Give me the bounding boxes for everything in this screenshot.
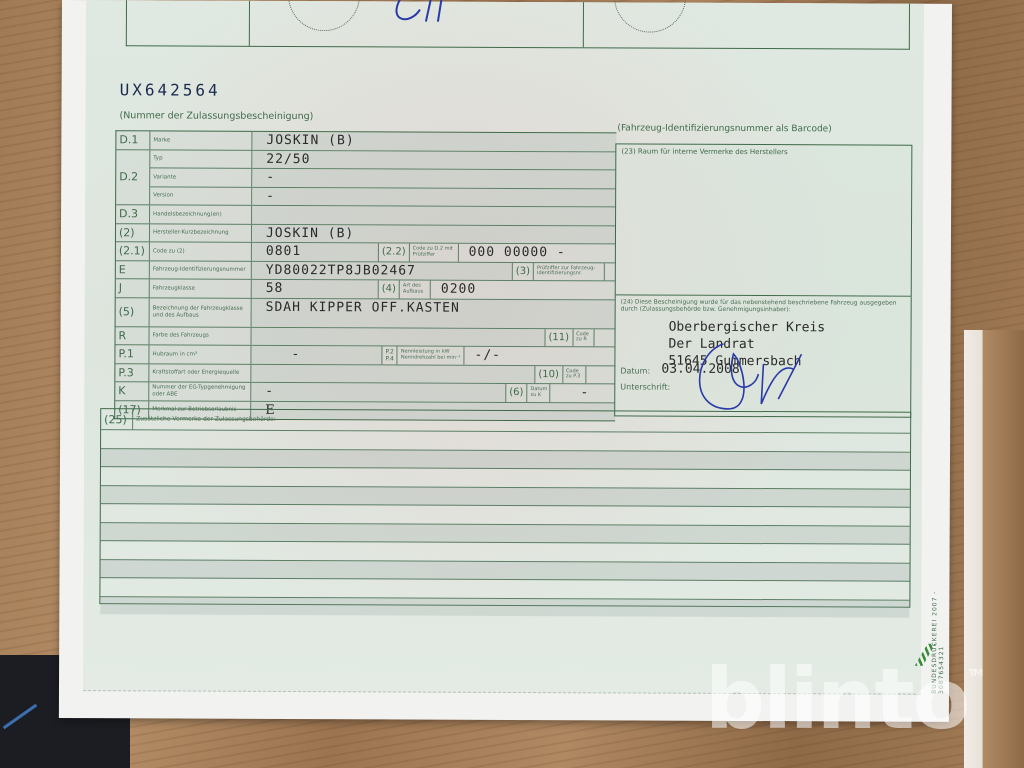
section-23-label: (23) Raum für interne Vermerke des Herst… (621, 147, 787, 156)
field-code: P.2 (385, 348, 393, 355)
field-value-trade-name (252, 206, 616, 225)
document-number-label: (Nummer der Zulassungsbescheinigung) (119, 110, 313, 122)
field-d1: D.1 Marke JOSKIN (B) (116, 131, 616, 152)
field-label: Kraftstoffart oder Energiequelle (149, 364, 251, 382)
field-code: (11) (545, 329, 573, 347)
section-25-remarks: (25) Zusätzliche Vermerke der Zulassungs… (99, 408, 911, 608)
field-code: D.1 (116, 131, 150, 149)
field-code: P.4 (385, 355, 393, 362)
section-24-issuer: (24) Diese Bescheinigung wurde für das n… (614, 295, 912, 417)
field-value-body-type: 0200 (431, 281, 486, 299)
section-24-label: (24) Diese Bescheinigung wurde für das n… (621, 298, 906, 313)
field-10: (10) Code zu P.3 (534, 366, 615, 384)
field-p2-p4: P.2P.4 Nennleistung in kWNenndrehzahl be… (381, 346, 615, 365)
field-value-fuel (251, 364, 534, 383)
field-label: Code zu P.3 (563, 366, 586, 384)
field-label: Fahrzeug-Identifizierungsnummer (150, 261, 252, 279)
field-p3: P.3 Kraftstoffart oder Energiequelle (10… (115, 364, 615, 385)
field-code: R (115, 327, 149, 345)
field-label: Bezeichnung der Fahrzeugklasse und des A… (150, 298, 252, 326)
vin-barcode-label: (Fahrzeug-Identifizierungsnummer als Bar… (617, 123, 831, 134)
field-code: (6) (506, 384, 527, 402)
field-label: Code zu (2) (150, 242, 252, 260)
field-value-class-description: SDAH KIPPER OFF.KASTEN (252, 298, 616, 328)
field-5: (5) Bezeichnung der Fahrzeugklasse und d… (116, 298, 616, 329)
field-label: Nummer der EG-Typgenehmigung oder ABE (149, 382, 251, 400)
field-code: J (116, 279, 150, 297)
field-j: J Fahrzeugklasse 58 (4) Art des Aufbaus … (116, 279, 616, 300)
field-code: (2.1) (116, 242, 150, 260)
field-label: Typ (150, 150, 252, 168)
document-security-print-area: UX642564 (Nummer der Zulassungsbescheini… (83, 0, 924, 695)
field-4: (4) Art des Aufbaus 0200 (378, 280, 616, 299)
field-2-1: (2.1) Code zu (2) 0801 (2.2) Code zu D.2… (116, 242, 616, 263)
field-label: Code zu D.2 mit Prüfziffer (410, 244, 459, 262)
section-23-manufacturer-notes: (23) Raum für interne Vermerke des Herst… (615, 143, 913, 296)
field-code: (10) (535, 366, 563, 384)
field-code: D.2 (116, 150, 150, 205)
field-label: Marke (150, 131, 252, 149)
field-label: Hersteller-Kurzbezeichnung (150, 224, 252, 242)
field-label: Hubraum in cm³ (149, 345, 251, 363)
field-code: (3) (513, 262, 534, 280)
field-value-code-2: 0801 (252, 243, 378, 261)
signature-icon (683, 334, 813, 415)
field-value-vin: YD80022TP8JB02467 (252, 261, 512, 280)
field-11: (11) Code zu R (544, 329, 615, 347)
field-label: Datum zu K (527, 384, 550, 402)
field-code: K (115, 382, 149, 400)
field-value-code-d2: 000 00000 - (459, 244, 576, 262)
registration-document: UX642564 (Nummer der Zulassungsbescheini… (59, 0, 952, 722)
field-label: Nenndrehzahl bei min⁻¹ (401, 355, 461, 361)
field-code: E (116, 261, 150, 279)
field-label: Version (150, 187, 252, 205)
top-cell-2 (250, 1, 584, 47)
field-label: Prüfziffer zur Fahrzeug-Identifizierungs… (534, 263, 605, 281)
field-2-2: (2.2) Code zu D.2 mit Prüfziffer 000 000… (378, 243, 616, 262)
field-label: Zusätzliche Vermerke der Zulassungsbehör… (133, 409, 276, 430)
signature-label: Unterschrift: (620, 382, 670, 391)
field-value-type: 22/50 (252, 150, 616, 169)
top-cell-1 (127, 0, 250, 46)
field-d2-version: Version - (150, 187, 616, 207)
field-r: R Farbe des Fahrzeugs (11) Code zu R (115, 327, 615, 348)
field-code: P.3 (115, 364, 149, 382)
field-code: P.1 (115, 345, 149, 363)
field-d2-typ: Typ 22/50 (150, 150, 616, 171)
field-value-vehicle-class: 58 (252, 280, 378, 298)
field-label: Code zu R (573, 329, 594, 347)
top-cell-3 (584, 2, 909, 48)
field-code: (2.2) (379, 243, 410, 261)
field-2: (2) Hersteller-Kurzbezeichnung JOSKIN (B… (116, 224, 616, 245)
field-label: Variante (150, 168, 252, 186)
field-value-make: JOSKIN (B) (252, 132, 616, 151)
field-3: (3) Prüfziffer zur Fahrzeug-Identifizier… (512, 262, 625, 280)
stamp-circle (614, 0, 686, 33)
field-d3: D.3 Handelsbezeichnung(en) (116, 205, 616, 226)
field-value-color (251, 327, 544, 346)
watermark-text: blinto (705, 650, 968, 748)
field-label: Art des Aufbaus (400, 280, 431, 298)
date-label: Datum: (620, 366, 650, 375)
trademark-symbol: TM (968, 668, 981, 679)
watermark-logo: blintoTM (705, 650, 981, 748)
field-k: K Nummer der EG-Typgenehmigung oder ABE … (115, 382, 615, 403)
field-label: Handelsbezeichnung(en) (150, 205, 252, 223)
field-value-date-k: - (550, 384, 599, 402)
field-d2-variante: Variante - (150, 168, 616, 189)
field-value-type-approval: - (251, 383, 505, 402)
field-d2-group: D.2 Typ 22/50 Variante - Version - (116, 150, 616, 208)
signature-top (380, 0, 480, 28)
field-label: Farbe des Fahrzeugs (149, 327, 251, 345)
remarks-line (100, 597, 909, 618)
field-code: (5) (116, 298, 150, 326)
field-code: (4) (379, 280, 400, 298)
field-6: (6) Datum zu K - (505, 384, 615, 402)
stamp-circle (288, 0, 360, 31)
field-value-variant: - (252, 169, 616, 188)
field-value-version: - (252, 187, 616, 206)
top-previous-section (126, 0, 910, 49)
field-p1: P.1 Hubraum in cm³ - P.2P.4 Nennleistung… (115, 345, 615, 366)
field-value-displacement: - (251, 346, 381, 364)
field-value-manufacturer: JOSKIN (B) (252, 224, 616, 243)
field-label: Fahrzeugklasse (150, 279, 252, 297)
field-code: D.3 (116, 205, 150, 223)
document-number: UX642564 (120, 80, 221, 99)
field-code: (25) (101, 409, 133, 429)
field-code: (2) (116, 224, 150, 242)
vehicle-data-form: D.1 Marke JOSKIN (B) D.2 Typ 22/50 Varia… (114, 130, 616, 421)
field-e: E Fahrzeug-Identifizierungsnummer YD8002… (116, 261, 616, 282)
field-value-power-rpm: -/- (464, 347, 511, 365)
